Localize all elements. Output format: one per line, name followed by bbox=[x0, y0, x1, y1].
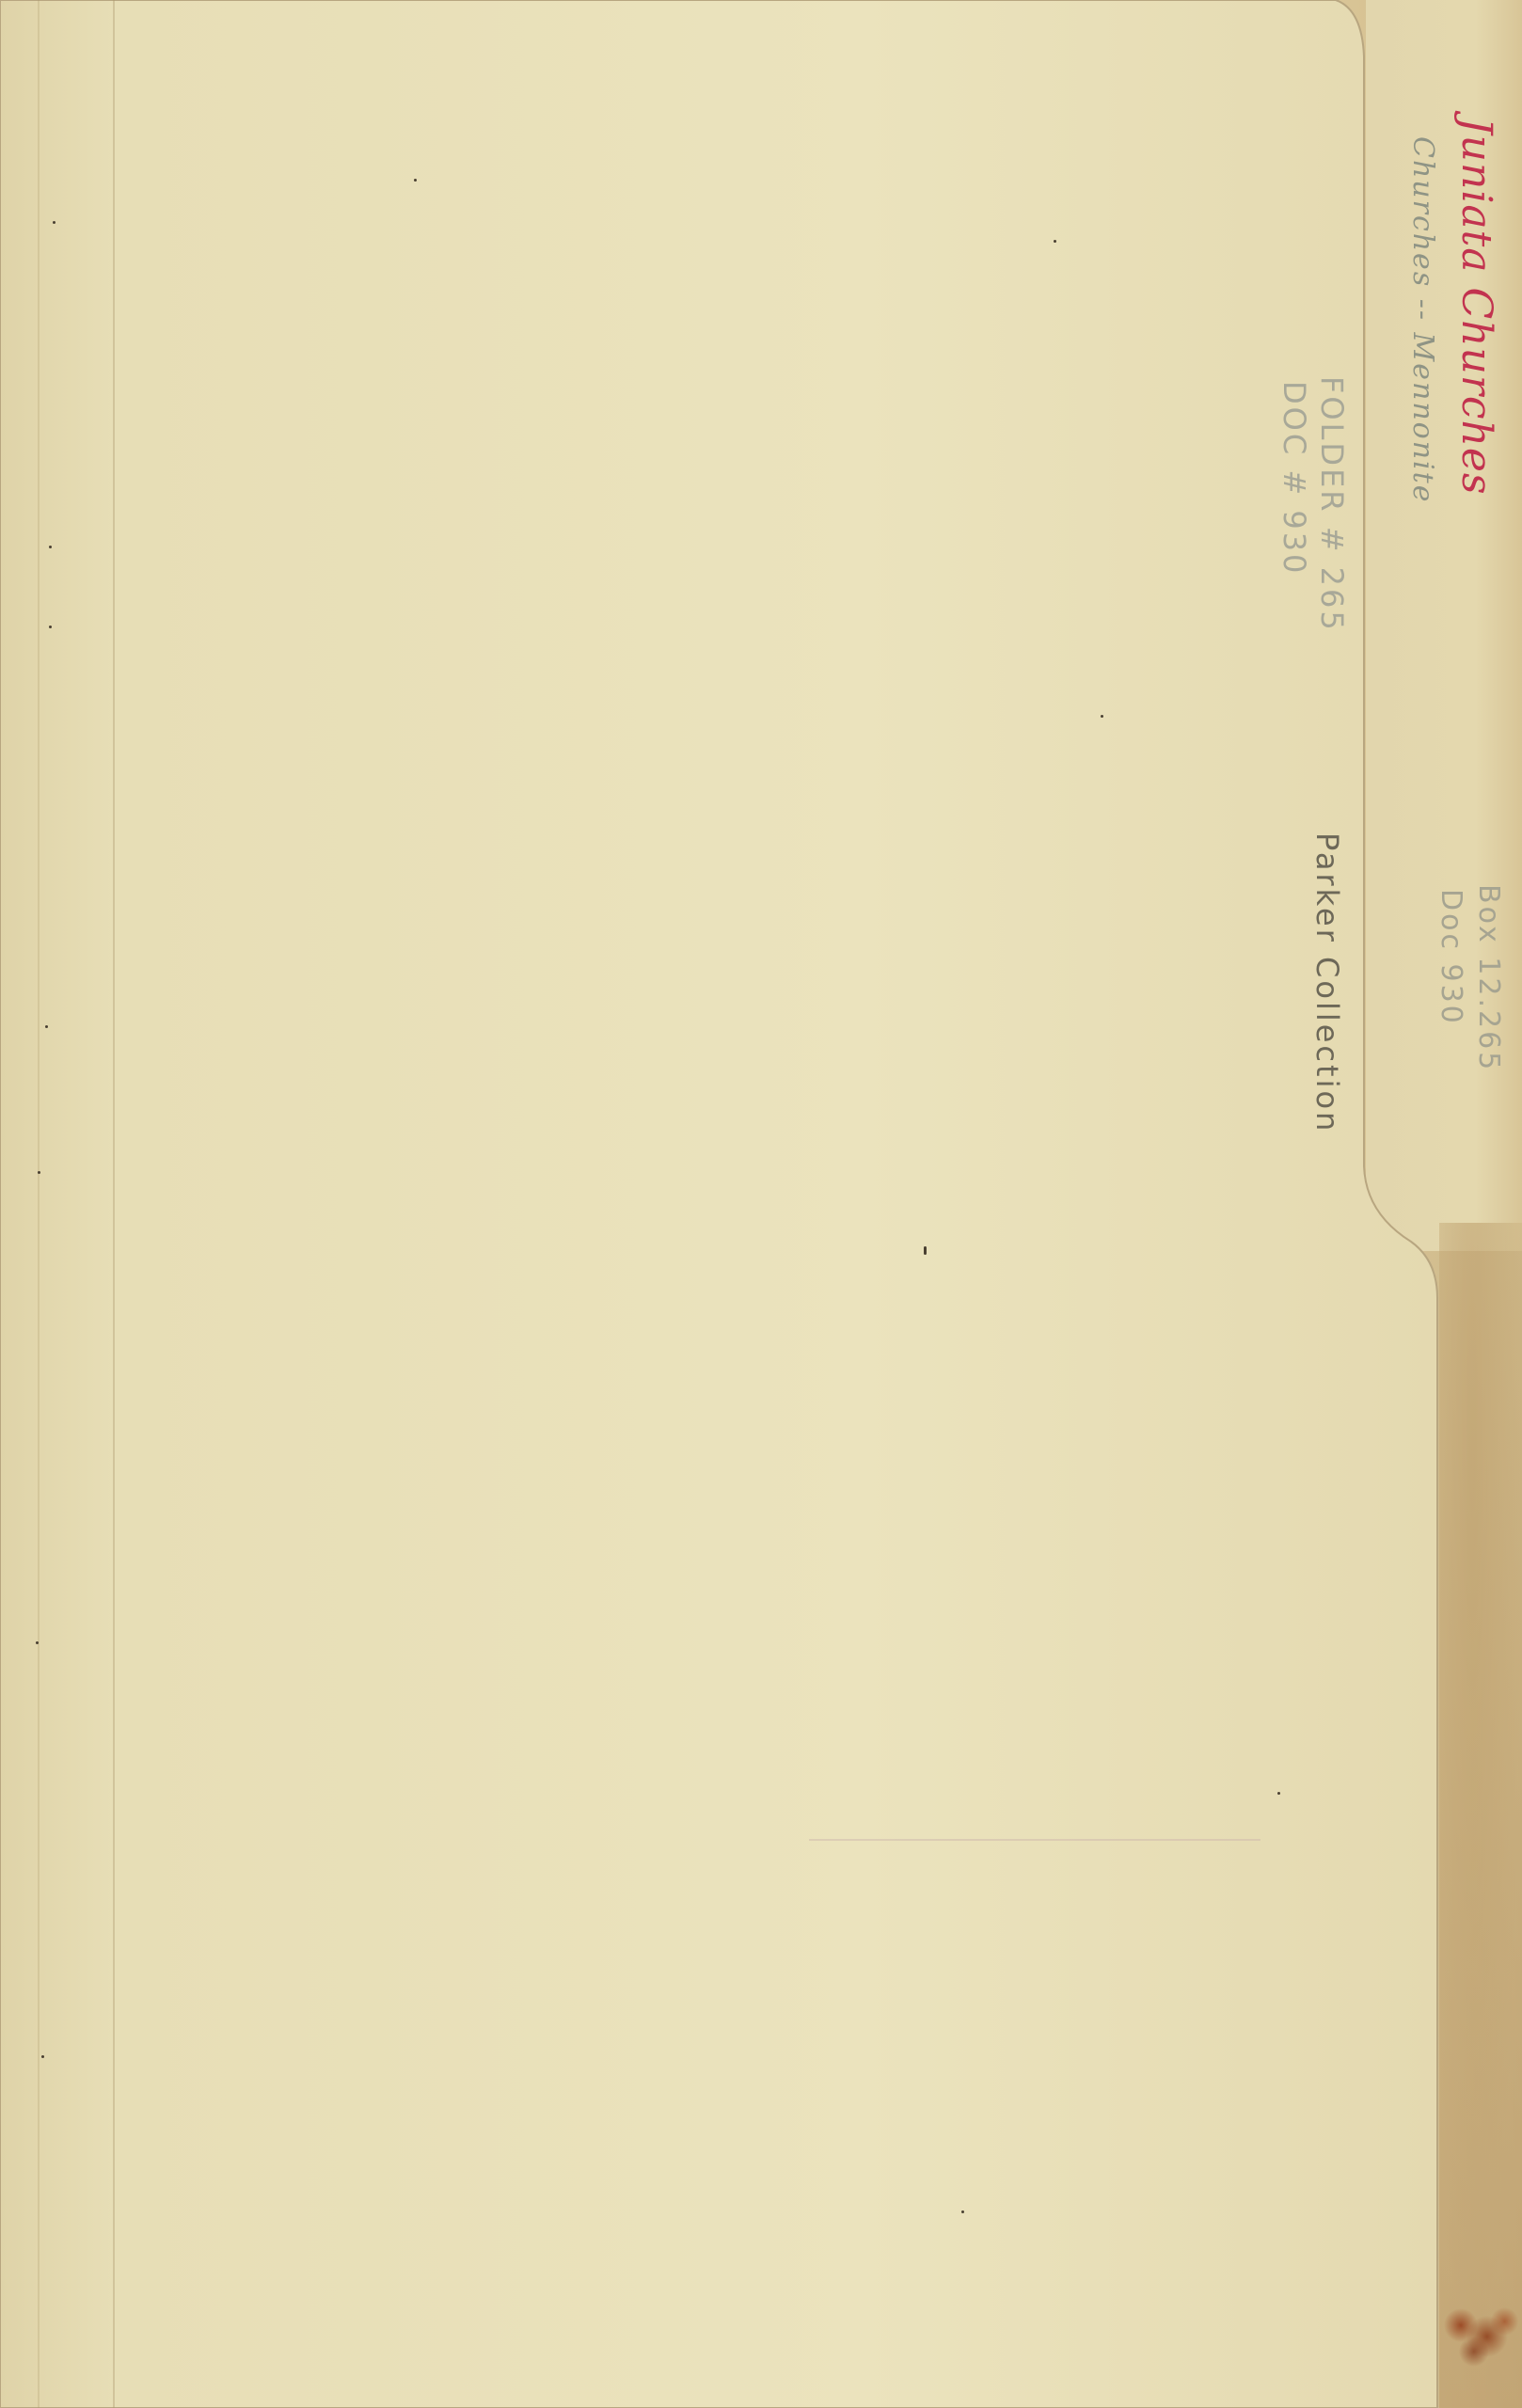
rust-stain bbox=[1435, 2295, 1522, 2370]
speck bbox=[53, 221, 55, 224]
speck bbox=[1101, 715, 1103, 718]
front-sheet-shape bbox=[0, 0, 1439, 2408]
speck bbox=[36, 1641, 39, 1644]
folder-number-label: FOLDER # 265 bbox=[1314, 376, 1350, 633]
collection-label: Parker Collection bbox=[1309, 832, 1345, 1133]
tab-subtitle-pencil: Churches -- Mennonite bbox=[1406, 136, 1439, 503]
front-folder-sheet bbox=[0, 0, 1439, 2408]
speck bbox=[49, 626, 52, 628]
speck bbox=[1054, 240, 1056, 243]
tab-title-red-ink: Juniata Churches bbox=[1452, 118, 1500, 496]
fold-crease bbox=[38, 0, 40, 2408]
speck bbox=[49, 546, 52, 548]
speck bbox=[961, 2210, 964, 2213]
tab-doc-number: Doc 930 bbox=[1435, 889, 1467, 1026]
doc-number-label: DOC # 930 bbox=[1276, 381, 1312, 576]
fold-crease bbox=[113, 0, 115, 2408]
speck bbox=[414, 179, 417, 182]
speck bbox=[1277, 1792, 1280, 1795]
speck bbox=[38, 1171, 40, 1174]
water-stain bbox=[1439, 1223, 1522, 2408]
speck bbox=[924, 1246, 927, 1255]
tab-box-number: Box 12.265 bbox=[1472, 884, 1505, 1072]
speck bbox=[45, 1025, 48, 1028]
fold-crease bbox=[809, 1839, 1260, 1841]
speck bbox=[41, 2055, 44, 2058]
